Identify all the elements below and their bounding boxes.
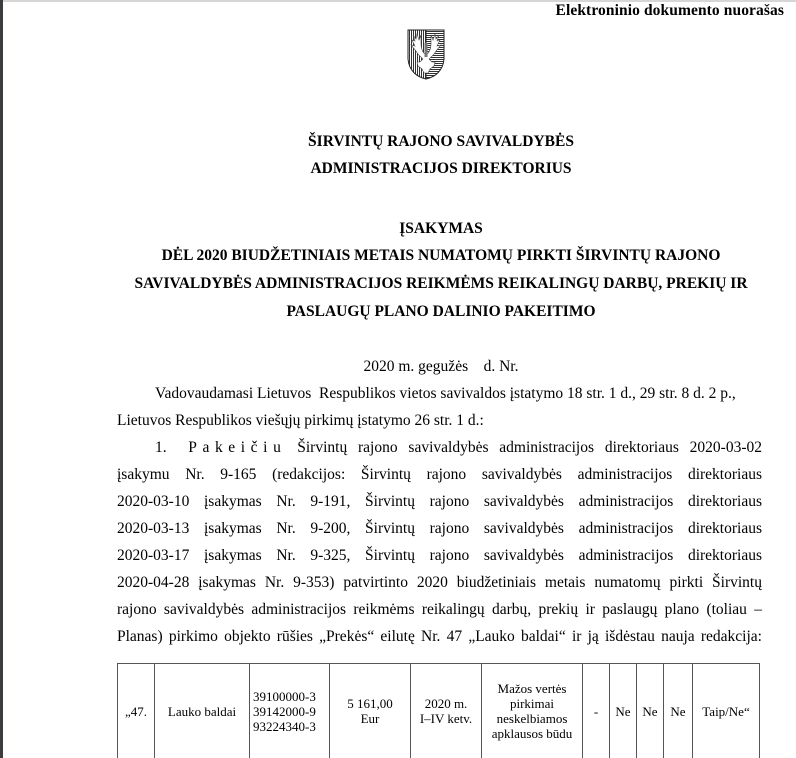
institution-name-line2: ADMINISTRACIJOS DIREKTORIUS — [3, 160, 796, 178]
cell-col9: Ne — [637, 664, 664, 758]
electronic-copy-watermark: Elektroninio dokumento nuorašas — [556, 2, 784, 20]
item1-number: 1. — [155, 439, 167, 456]
date-and-number-line: 2020 m. gegužės d. Nr. — [3, 358, 796, 376]
coat-of-arms-moose-icon — [407, 29, 445, 81]
plan-table: „47. Lauko baldai 39100000-3 39142000-9 … — [117, 663, 760, 758]
cell-object-name: Lauko baldai — [155, 664, 250, 758]
method-line: apklausos būdu — [484, 726, 580, 741]
institution-name-line1: ŠIRVINTŲ RAJONO SAVIVALDYBĖS — [3, 133, 796, 151]
cell-procurement-method: Mažos vertės pirkimai neskelbiamos apkla… — [482, 664, 583, 758]
cpv-code: 93224340-3 — [253, 719, 327, 734]
cell-col11: Taip/Ne“ — [693, 664, 760, 758]
cell-col10: Ne — [664, 664, 693, 758]
item1-line4: 2020-03-13 įsakymas Nr. 9-200, Širvintų … — [117, 520, 762, 538]
item1-line8: Planas) pirkimo objekto rūšies „Prekės“ … — [117, 628, 762, 646]
period-quarters: I–IV ketv. — [413, 711, 479, 726]
cpv-code: 39142000-9 — [253, 704, 327, 719]
method-line: Mažos vertės — [484, 681, 580, 696]
cell-value: 5 161,00 Eur — [330, 664, 411, 758]
document-subject-line2: SAVIVALDYBĖS ADMINISTRACIJOS REIKMĖMS RE… — [3, 275, 796, 293]
method-line: pirkimai — [484, 696, 580, 711]
item1-line7: rajono savivaldybės administracijos reik… — [117, 601, 762, 619]
document-page: Elektroninio dokumento nuorašas ŠIRVINTŲ… — [3, 2, 796, 758]
method-line: neskelbiamos — [484, 711, 580, 726]
document-subject-line3: PASLAUGŲ PLANO DALINIO PAKEITIMO — [3, 303, 796, 321]
cpv-code: 39100000-3 — [253, 689, 327, 704]
item1-line1: 1. Pakeičiu Širvintų rajono savivaldybės… — [155, 439, 762, 457]
preamble-line1: Vadovaudamasi Lietuvos Respublikos vieto… — [155, 385, 736, 403]
item1-line5: 2020-03-17 įsakymas Nr. 9-325, Širvintų … — [117, 547, 762, 565]
cell-row-number: „47. — [118, 664, 155, 758]
item1-line1-text: Širvintų rajono savivaldybės administrac… — [297, 439, 762, 456]
value-currency: Eur — [332, 711, 408, 726]
document-type: ĮSAKYMAS — [3, 220, 796, 238]
item1-line3: 2020-03-10 įsakymas Nr. 9-191, Širvintų … — [117, 493, 762, 511]
table-row: „47. Lauko baldai 39100000-3 39142000-9 … — [118, 664, 760, 758]
item1-line2: įsakymu Nr. 9-165 (redakcijos: Širvintų … — [117, 466, 762, 484]
value-amount: 5 161,00 — [332, 696, 408, 711]
document-subject-line1: DĖL 2020 BIUDŽETINIAIS METAIS NUMATOMŲ P… — [3, 247, 796, 265]
item1-line6: 2020-04-28 įsakymas Nr. 9-353) patvirtin… — [117, 574, 762, 592]
cell-cpv-codes: 39100000-3 39142000-9 93224340-3 — [250, 664, 330, 758]
item1-verb: Pakeičiu — [188, 439, 286, 456]
period-year: 2020 m. — [413, 696, 479, 711]
cell-col8: Ne — [610, 664, 637, 758]
preamble-line2: Lietuvos Respublikos viešųjų pirkimų įst… — [117, 412, 484, 430]
cell-col7: - — [583, 664, 610, 758]
cell-period: 2020 m. I–IV ketv. — [411, 664, 482, 758]
